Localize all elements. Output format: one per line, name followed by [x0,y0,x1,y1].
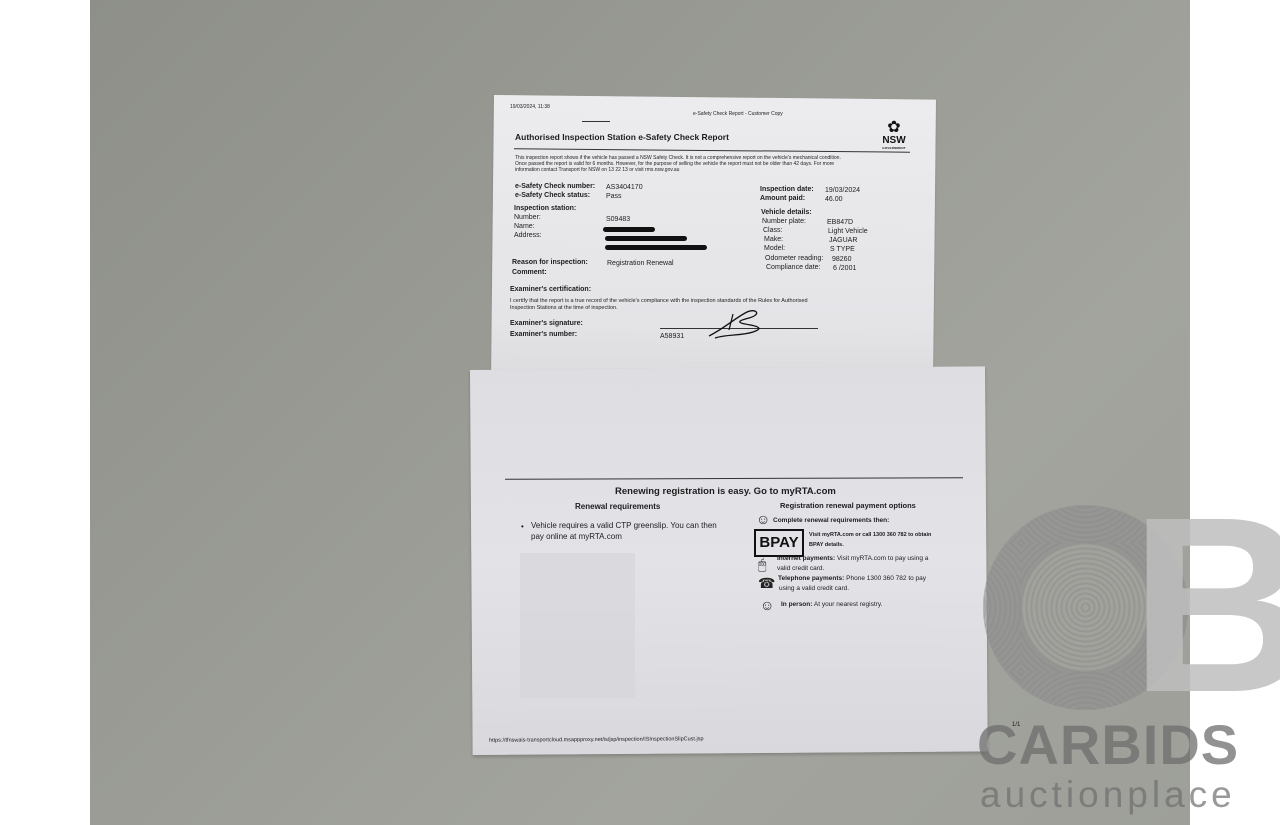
watermark-brand: CARBIDS [977,717,1239,773]
vehicle-label: Compliance date: [766,264,820,271]
station-address-label: Address: [514,232,542,239]
vehicle-value: S TYPE [830,246,855,253]
waratah-icon: ✿ [876,120,912,136]
print-timestamp: 19/03/2024, 11:38 [510,104,550,110]
bullet-icon: • [521,522,524,531]
requirement-line-1: Vehicle requires a valid CTP greenslip. … [531,521,717,530]
inspection-date-label: Inspection date: [760,186,814,193]
print-title: e-Safety Check Report - Customer Copy [693,111,783,117]
check-status: Pass [606,193,622,200]
requirement-line-2: pay online at myRTA.com [531,532,622,541]
watermark-b-letter: B [1130,505,1280,705]
payment-heading: Registration renewal payment options [780,501,916,510]
inspection-date: 19/03/2024 [825,187,860,194]
report-title: Authorised Inspection Station e-Safety C… [515,132,729,142]
internet-payments-line-2: valid credit card. [777,565,824,572]
bpay-line-1: Visit myRTA.com or call 1300 360 782 to … [809,532,931,538]
cert-line-1: I certify that the report is a true reco… [510,298,808,304]
vehicle-value: 6 /2001 [833,265,856,272]
telephone-payments: Telephone payments: Phone 1300 360 782 t… [778,575,926,582]
cert-heading: Examiner's certification: [510,286,591,293]
pen-mark [582,121,610,122]
vehicle-value: Light Vehicle [828,228,868,235]
signature-label: Examiner's signature: [510,320,583,327]
redacted-name [603,227,655,232]
in-person: In person: At your nearest registry. [781,601,882,608]
reason-label: Reason for inspection: [512,259,588,266]
amount-paid-label: Amount paid: [760,195,805,202]
cert-line-2: Inspection Stations at the time of inspe… [510,305,618,311]
amount-paid: 46.00 [825,196,843,203]
check-number-label: e-Safety Check number: [515,183,595,190]
check-number: AS3404170 [606,184,643,191]
bpay-logo: BPAY [754,529,804,557]
telephone-payments-line-2: using a valid credit card. [779,585,849,592]
vehicle-value: EB847D [827,219,853,226]
requirements-heading: Renewal requirements [575,502,660,511]
check-status-label: e-Safety Check status: [515,192,590,199]
watermark-sub: auctionplace [980,775,1236,815]
renewal-headline: Renewing registration is easy. Go to myR… [615,486,836,497]
complete-text: Complete renewal requirements then: [773,517,889,524]
mouse-icon: 🖱 [758,556,766,573]
vehicle-label: Number plate: [762,218,806,225]
signature-scribble [705,308,775,340]
intro-line-3: information contact Transport for NSW on… [515,167,679,173]
bpay-line-2: BPAY details. [809,542,844,548]
show-through-card [520,553,635,698]
station-name-label: Name: [514,223,535,230]
nsw-logo: ✿ NSW GOVERNMENT [876,120,912,160]
redacted-address-line-1 [605,236,687,241]
station-heading: Inspection station: [514,205,576,212]
vehicle-label: Class: [763,227,782,234]
examiner-number-label: Examiner's number: [510,331,577,338]
telephone-icon: ☎ [758,575,775,592]
examiner-number: A58931 [660,333,684,340]
vehicle-heading: Vehicle details: [761,209,812,216]
internet-payments: Internet payments: Visit myRTA.com to pa… [777,555,928,562]
vehicle-value: JAGUAR [829,237,857,244]
vehicle-value: 98260 [832,256,851,263]
redacted-address-line-2 [605,245,707,250]
person-icon: ☺ [760,597,774,613]
vehicle-label: Make: [764,236,783,243]
vehicle-label: Model: [764,245,785,252]
station-number: S09483 [606,216,630,223]
station-number-label: Number: [514,214,541,221]
vehicle-label: Odometer reading: [765,255,823,262]
comment-label: Comment: [512,269,547,276]
person-icon: ☺ [756,511,770,527]
reason-value: Registration Renewal [607,260,674,267]
